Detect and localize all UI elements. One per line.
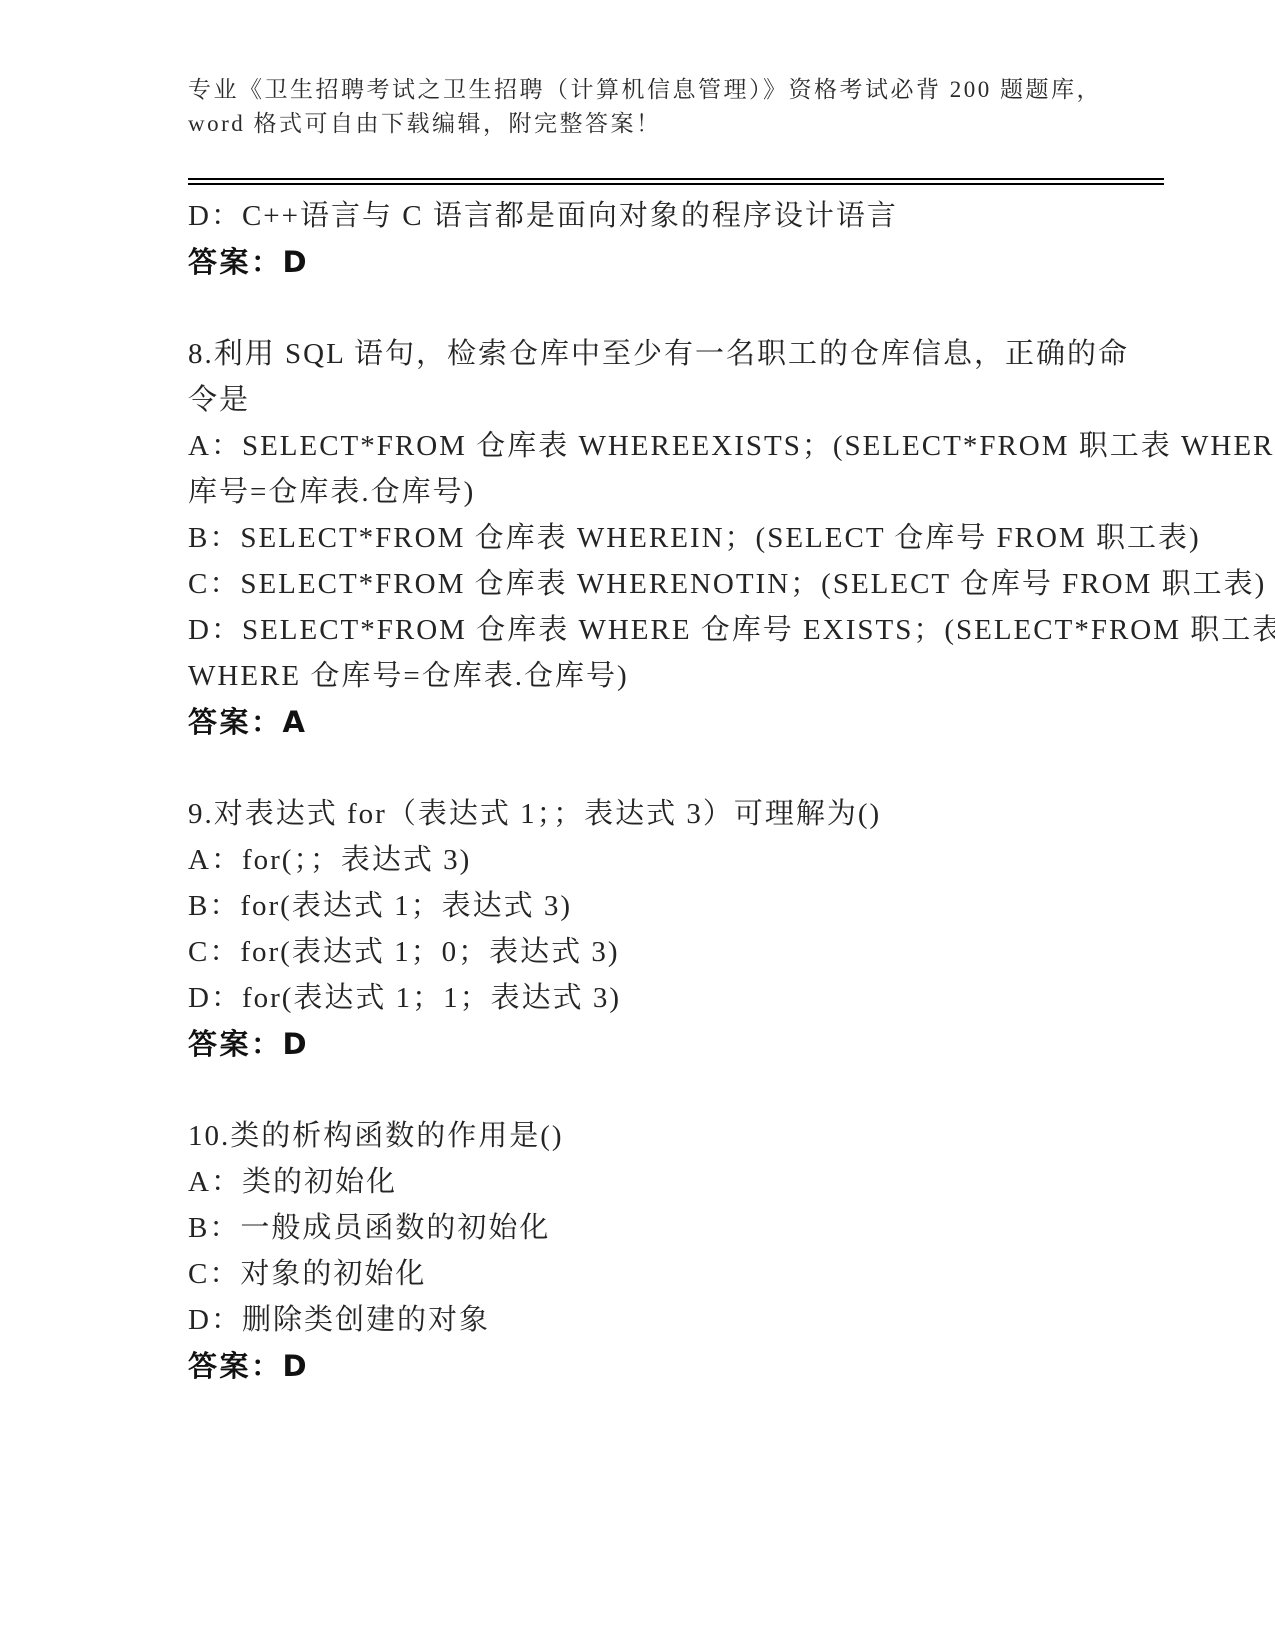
document-header: 专业《卫生招聘考试之卫生招聘（计算机信息管理）》资格考试必背 200 题题库， … — [188, 73, 1275, 141]
option-line: C：对象的初始化 — [188, 1251, 1275, 1297]
question-block-7-tail: D：C++语言与 C 语言都是面向对象的程序设计语言 答案：D — [188, 193, 1275, 285]
header-separator-rule — [188, 178, 1164, 185]
option-line: D：删除类创建的对象 — [188, 1297, 1275, 1343]
option-line: A：SELECT*FROM 仓库表 WHEREEXISTS；(SELECT*FR… — [188, 423, 1275, 469]
document-body: D：C++语言与 C 语言都是面向对象的程序设计语言 答案：D 8.利用 SQL… — [188, 193, 1275, 1389]
option-line: B：SELECT*FROM 仓库表 WHEREIN；(SELECT 仓库号 FR… — [188, 515, 1275, 561]
option-line: C：for(表达式 1；0；表达式 3) — [188, 929, 1275, 975]
option-line: B：for(表达式 1；表达式 3) — [188, 883, 1275, 929]
answer-line: 答案：D — [188, 1021, 1275, 1067]
question-block-10: 10.类的析构函数的作用是() A：类的初始化 B：一般成员函数的初始化 C：对… — [188, 1113, 1275, 1389]
option-line: D：C++语言与 C 语言都是面向对象的程序设计语言 — [188, 193, 1275, 239]
answer-line: 答案：D — [188, 1343, 1275, 1389]
question-stem-line: 8.利用 SQL 语句，检索仓库中至少有一名职工的仓库信息，正确的命 — [188, 331, 1275, 377]
question-stem-line: 10.类的析构函数的作用是() — [188, 1113, 1275, 1159]
option-line: A：类的初始化 — [188, 1159, 1275, 1205]
option-line: A：for(；；表达式 3) — [188, 837, 1275, 883]
option-line: D：SELECT*FROM 仓库表 WHERE 仓库号 EXISTS；(SELE… — [188, 607, 1275, 653]
document-page: 专业《卫生招聘考试之卫生招聘（计算机信息管理）》资格考试必背 200 题题库， … — [0, 0, 1275, 1650]
option-line: D：for(表达式 1；1；表达式 3) — [188, 975, 1275, 1021]
question-block-8: 8.利用 SQL 语句，检索仓库中至少有一名职工的仓库信息，正确的命 令是 A：… — [188, 331, 1275, 745]
question-block-9: 9.对表达式 for（表达式 1；；表达式 3）可理解为() A：for(；；表… — [188, 791, 1275, 1067]
option-line: C：SELECT*FROM 仓库表 WHERENOTIN；(SELECT 仓库号… — [188, 561, 1275, 607]
option-line: WHERE 仓库号=仓库表.仓库号) — [188, 653, 1275, 699]
answer-line: 答案：D — [188, 239, 1275, 285]
option-line: 库号=仓库表.仓库号) — [188, 469, 1275, 515]
question-stem-line: 令是 — [188, 377, 1275, 423]
header-line-1: 专业《卫生招聘考试之卫生招聘（计算机信息管理）》资格考试必背 200 题题库， — [188, 73, 1275, 107]
header-line-2: word 格式可自由下载编辑，附完整答案！ — [188, 107, 1275, 141]
question-stem-line: 9.对表达式 for（表达式 1；；表达式 3）可理解为() — [188, 791, 1275, 837]
option-line: B：一般成员函数的初始化 — [188, 1205, 1275, 1251]
answer-line: 答案：A — [188, 699, 1275, 745]
